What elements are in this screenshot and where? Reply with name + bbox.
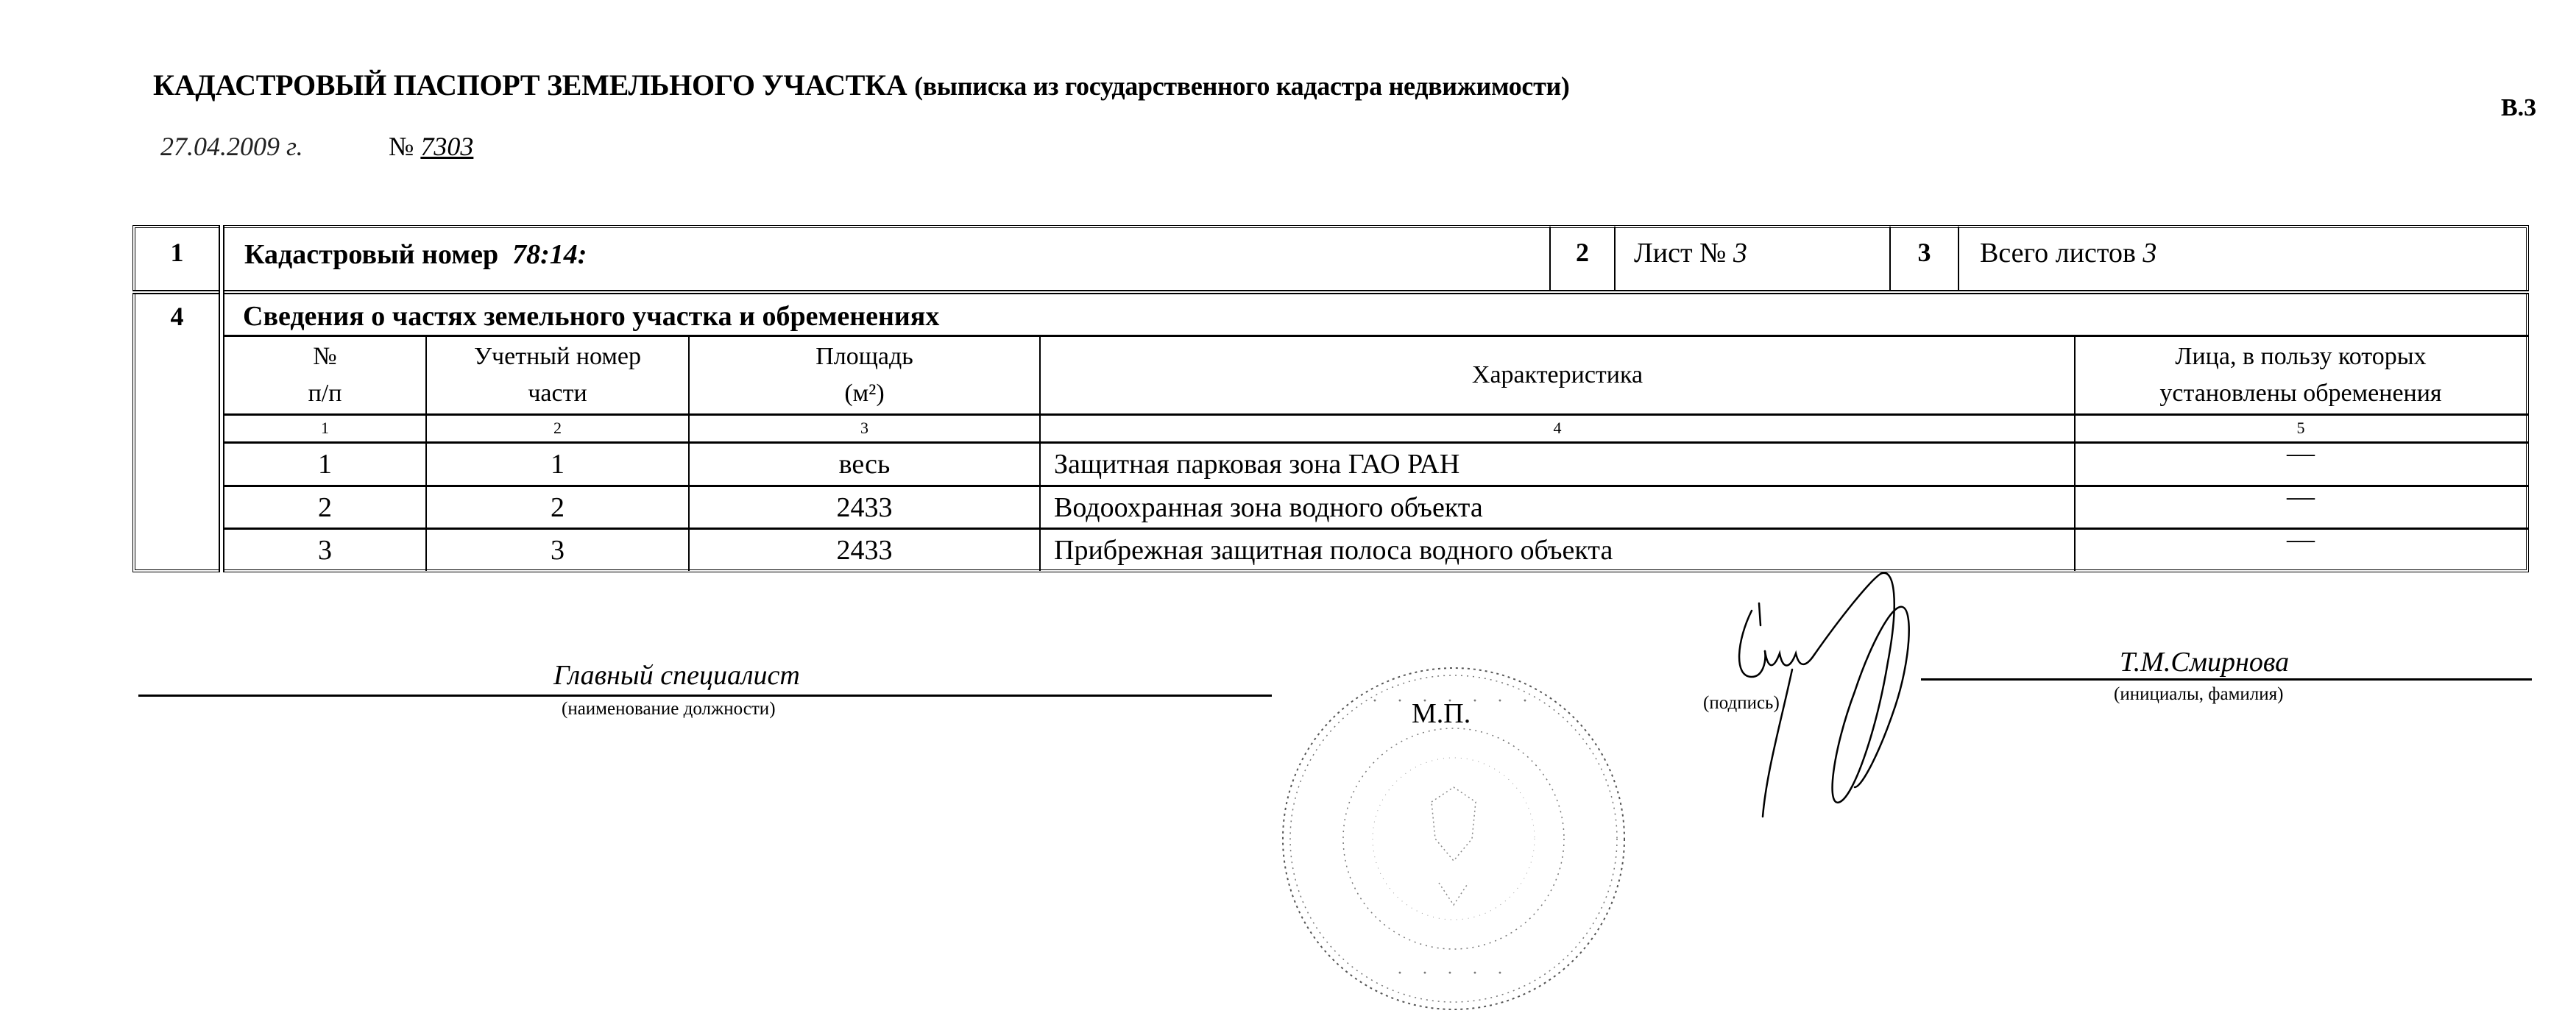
signature-caption: (подпись) (1703, 693, 1780, 714)
total-value: 3 (2142, 237, 2156, 269)
total-sheets: Всего листов 3 (1980, 230, 2495, 285)
position-line (138, 695, 1272, 697)
part-number: 1 (427, 444, 688, 485)
signer-name: Т.М.Смирнова (2120, 646, 2289, 678)
area: 2433 (690, 487, 1039, 528)
sheet-number: Лист № 3 (1634, 230, 1884, 285)
document-number: № 7303 (389, 131, 473, 162)
column-index: 4 (1041, 415, 2074, 441)
sheet-label: Лист № (1634, 237, 1726, 269)
area: весь (690, 444, 1039, 485)
characteristic: Защитная парковая зона ГАО РАН (1054, 444, 2070, 485)
characteristic: Водоохранная зона водного объекта (1054, 487, 2070, 528)
section-4-title: Сведения о частях земельного участка и о… (243, 297, 1568, 335)
row-number: 2 (224, 487, 425, 528)
row-number: 3 (224, 530, 425, 570)
section-column-divider (219, 225, 224, 572)
area: 2433 (690, 530, 1039, 570)
section-2-number: 2 (1551, 230, 1614, 285)
row1-divider-b (1614, 227, 1616, 291)
name-caption: (инициалы, фамилия) (2114, 684, 2283, 705)
column-header-number: № п/п (224, 337, 425, 413)
total-label: Всего листов (1980, 237, 2136, 269)
row1-divider (132, 290, 2529, 294)
cadastral-value: 78:14: (512, 238, 587, 271)
row-number: 1 (224, 444, 425, 485)
name-line (1921, 678, 2532, 681)
title-main: КАДАСТРОВЫЙ ПАСПОРТ ЗЕМЕЛЬНОГО УЧАСТКА (153, 68, 907, 102)
column-header-part-number: Учетный номер части (427, 337, 688, 413)
column-header-characteristic: Характеристика (1041, 337, 2074, 413)
section-3-number: 3 (1891, 230, 1958, 285)
beneficiaries: — (2076, 525, 2526, 554)
position-title: Главный специалист (553, 659, 800, 692)
column-index: 2 (427, 415, 688, 441)
section-4-number: 4 (135, 297, 219, 335)
document-title: КАДАСТРОВЫЙ ПАСПОРТ ЗЕМЕЛЬНОГО УЧАСТКА (… (153, 68, 1570, 102)
part-number: 3 (427, 530, 688, 570)
document-date: 27.04.2009 г. (160, 131, 303, 162)
cadastral-number: Кадастровый номер 78:14: (244, 230, 1540, 285)
column-header-beneficiaries: Лица, в пользу которых установлены обрем… (2076, 337, 2526, 413)
column-index: 3 (690, 415, 1039, 441)
column-header-area: Площадь (м²) (690, 337, 1039, 413)
row1-divider-d (1958, 227, 1959, 291)
column-index: 1 (224, 415, 425, 441)
section-1-number: 1 (135, 230, 219, 285)
number-value: 7303 (420, 132, 473, 161)
beneficiaries: — (2076, 438, 2526, 468)
cadastral-label: Кадастровый номер (244, 238, 498, 271)
part-number: 2 (427, 487, 688, 528)
number-label: № (389, 132, 414, 161)
position-caption: (наименование должности) (562, 699, 776, 720)
beneficiaries: — (2076, 482, 2526, 511)
sheet-value: 3 (1733, 237, 1747, 269)
title-subtitle: (выписка из государственного кадастра не… (914, 71, 1570, 101)
form-code: В.3 (2501, 94, 2536, 122)
stamp-label: М.П. (1412, 697, 1471, 730)
svg-text:· · · · ·: · · · · · (1398, 965, 1510, 983)
